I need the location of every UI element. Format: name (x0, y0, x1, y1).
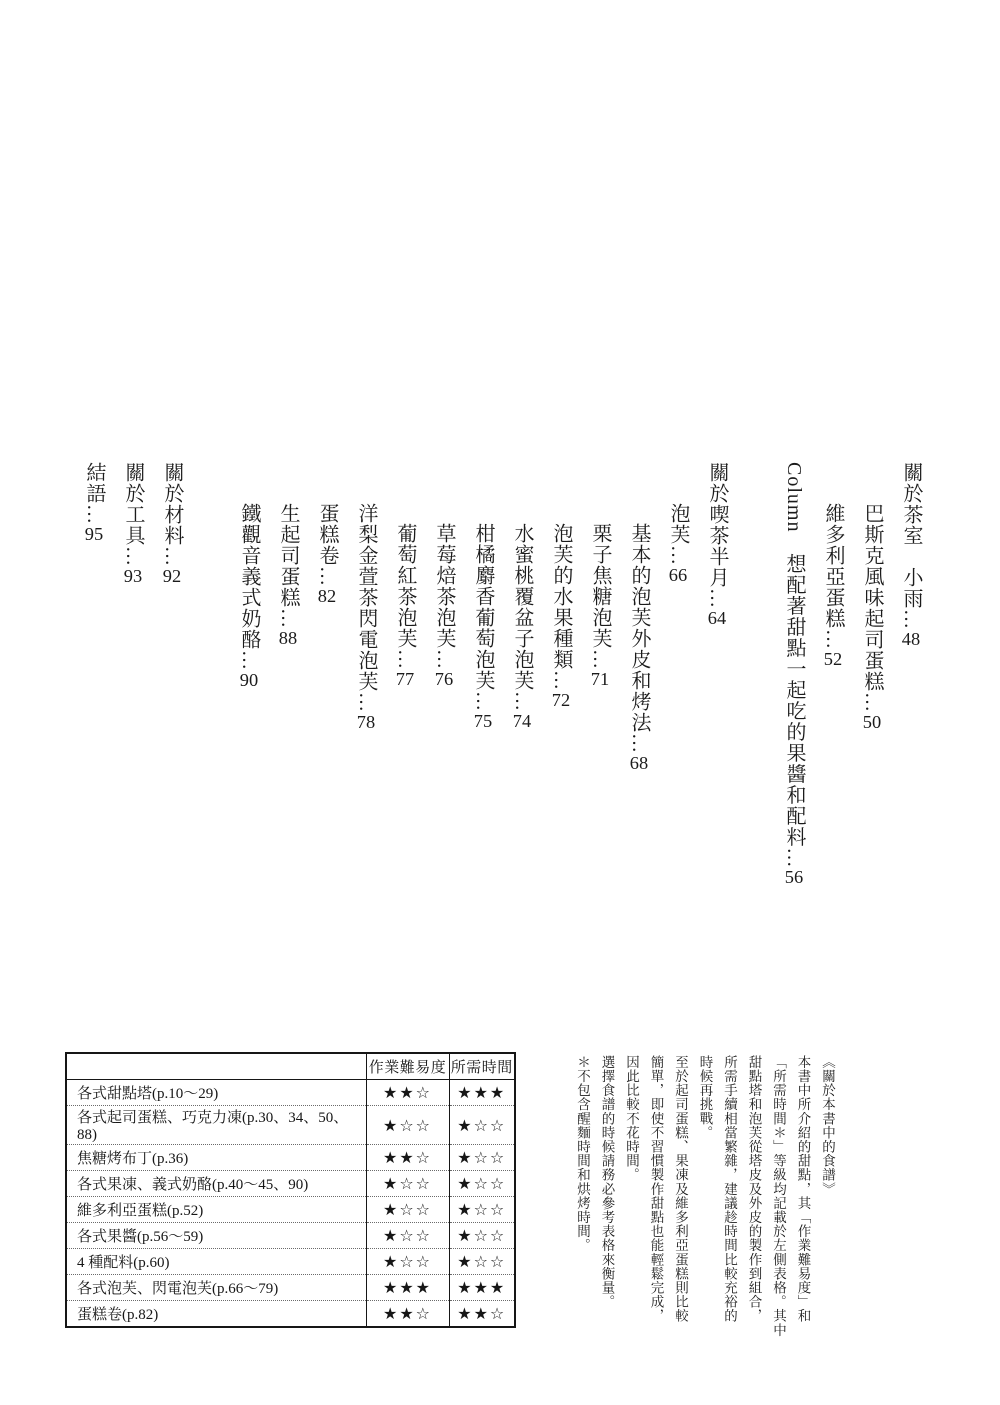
time-stars: ★☆☆ (449, 1197, 515, 1223)
difficulty-stars: ★★☆ (366, 1145, 449, 1171)
table-row: 各式果凍、義式奶酪(p.40～45、90)★☆☆★☆☆ (66, 1171, 515, 1197)
notes-line: 至於起司蛋糕、果凍及維多利亞蛋糕則比較 (674, 1055, 688, 1345)
recipe-label: 維多利亞蛋糕(p.52) (66, 1197, 366, 1223)
toc-entry: 泡芙…66 (667, 503, 688, 952)
toc-leader-dots: … (316, 566, 338, 587)
difficulty-stars: ★☆☆ (366, 1171, 449, 1197)
difficulty-stars: ★☆☆ (366, 1223, 449, 1249)
toc-leader-dots: … (589, 649, 611, 670)
toc-leader-dots: … (83, 504, 105, 525)
difficulty-stars: ★★☆ (366, 1301, 449, 1328)
time-stars: ★☆☆ (449, 1249, 515, 1275)
difficulty-stars: ★★★ (366, 1275, 449, 1301)
toc-entry: 結語…95 (83, 462, 104, 952)
toc-entry-title: 關於材料 (161, 462, 183, 546)
header-time: 所需時間 (449, 1053, 515, 1080)
toc-page-number: 92 (162, 567, 182, 585)
toc-page-number: 71 (590, 670, 610, 688)
toc-entry: Column 想配著甜點一起吃的果醬和配料…56 (783, 462, 804, 952)
book-contents-page: 關於茶室 小雨…48巴斯克風味起司蛋糕…50維多利亞蛋糕…52Column 想配… (0, 0, 1000, 1405)
toc-entry-title: 葡萄紅茶泡芙 (394, 523, 416, 649)
toc-entry: 鐵觀音義式奶酪…90 (238, 503, 259, 952)
notes-line: 時候再挑戰。 (698, 1055, 712, 1345)
difficulty-stars: ★☆☆ (366, 1106, 449, 1145)
toc-entry: 泡芙的水果種類…72 (550, 523, 571, 952)
toc-entry: 生起司蛋糕…88 (277, 503, 298, 952)
difficulty-table: 作業難易度 所需時間 各式甜點塔(p.10～29)★★☆★★★各式起司蛋糕、巧克… (65, 1052, 516, 1328)
toc-entry-title: 維多利亞蛋糕 (822, 503, 844, 629)
notes-line: 本書中所介紹的甜點，其「作業難易度」和 (796, 1055, 810, 1345)
toc-entry: 維多利亞蛋糕…52 (822, 503, 843, 952)
toc-entry-title: 水蜜桃覆盆子泡芙 (511, 523, 533, 691)
toc-leader-dots: … (238, 650, 260, 671)
toc-entry: 草莓焙茶泡芙…76 (433, 523, 454, 952)
toc-entry-title: 泡芙的水果種類 (550, 523, 572, 670)
difficulty-table-body: 各式甜點塔(p.10～29)★★☆★★★各式起司蛋糕、巧克力凍(p.30、34、… (66, 1080, 515, 1328)
toc-page-number: 93 (123, 567, 143, 585)
toc-page-number: 77 (395, 670, 415, 688)
toc-page-number: 68 (629, 754, 649, 772)
toc-leader-dots: … (900, 609, 922, 630)
toc-page-number: 48 (901, 630, 921, 648)
header-row: 作業難易度 所需時間 (66, 1053, 515, 1080)
notes-line: 甜點塔和泡芙從塔皮及外皮的製作到組合， (747, 1055, 761, 1345)
toc-page-number: 88 (278, 629, 298, 647)
difficulty-table-header: 作業難易度 所需時間 (66, 1053, 515, 1080)
toc-entry: 柑橘麝香葡萄泡芙…75 (472, 523, 493, 952)
toc-entry: 洋梨金萱茶閃電泡芙…78 (355, 503, 376, 952)
table-row: 4 種配料(p.60)★☆☆★☆☆ (66, 1249, 515, 1275)
toc-entry: 關於喫茶半月…64 (706, 462, 727, 952)
table-row: 焦糖烤布丁(p.36)★★☆★☆☆ (66, 1145, 515, 1171)
notes-title: 《關於本書中的食譜》 (821, 1055, 835, 1345)
toc-entry-title: 關於茶室 小雨 (900, 462, 922, 609)
toc-leader-dots: … (550, 670, 572, 691)
time-stars: ★★☆ (449, 1301, 515, 1328)
header-difficulty: 作業難易度 (366, 1053, 449, 1080)
notes-line: ＊不包含醒麵時間和烘烤時間。 (576, 1055, 590, 1345)
toc-entry-title: 洋梨金萱茶閃電泡芙 (355, 503, 377, 692)
toc-leader-dots: … (706, 588, 728, 609)
toc-entry: 關於材料…92 (161, 462, 182, 952)
table-row: 各式起司蛋糕、巧克力凍(p.30、34、50、88)★☆☆★☆☆ (66, 1106, 515, 1145)
toc-entry-title: 草莓焙茶泡芙 (433, 523, 455, 649)
recipe-label: 各式果醬(p.56～59) (66, 1223, 366, 1249)
toc-page-number: 66 (668, 566, 688, 584)
time-stars: ★☆☆ (449, 1171, 515, 1197)
toc-page-number: 78 (356, 713, 376, 731)
recipe-label: 各式果凍、義式奶酪(p.40～45、90) (66, 1171, 366, 1197)
notes-line: 選擇食譜的時候請務必參考表格來衡量。 (600, 1055, 614, 1345)
toc-entry-title: Column 想配著甜點一起吃的果醬和配料 (783, 462, 805, 847)
notes-line: 簡單，即使不習慣製作甜點也能輕鬆完成， (649, 1055, 663, 1345)
toc-leader-dots: … (472, 691, 494, 712)
notes-line: 所需手續相當繁雜，建議趁時間比較充裕的 (723, 1055, 737, 1345)
toc-page-number: 76 (434, 670, 454, 688)
toc-leader-dots: … (161, 546, 183, 567)
toc-page-number: 64 (707, 609, 727, 627)
table-row: 各式泡芙、閃電泡芙(p.66～79)★★★★★★ (66, 1275, 515, 1301)
time-stars: ★☆☆ (449, 1145, 515, 1171)
toc-leader-dots: … (433, 649, 455, 670)
table-row: 維多利亞蛋糕(p.52)★☆☆★☆☆ (66, 1197, 515, 1223)
toc-entry: 栗子焦糖泡芙…71 (589, 523, 610, 952)
toc-entry: 關於工具…93 (122, 462, 143, 952)
recipe-label: 各式起司蛋糕、巧克力凍(p.30、34、50、88) (66, 1106, 366, 1145)
toc-entry-title: 關於工具 (122, 462, 144, 546)
toc-leader-dots: … (511, 691, 533, 712)
toc-leader-dots: … (783, 847, 805, 868)
toc-leader-dots: … (277, 608, 299, 629)
toc-leader-dots: … (822, 629, 844, 650)
toc-leader-dots: … (861, 692, 883, 713)
toc-page-number: 90 (239, 671, 259, 689)
toc-page-number: 75 (473, 712, 493, 730)
recipe-label: 各式泡芙、閃電泡芙(p.66～79) (66, 1275, 366, 1301)
toc-leader-dots: … (628, 733, 650, 754)
time-stars: ★☆☆ (449, 1223, 515, 1249)
toc-entry-title: 蛋糕卷 (316, 503, 338, 566)
time-stars: ★★★ (449, 1275, 515, 1301)
notes-line: 因此比較不花時間。 (625, 1055, 639, 1345)
toc-entry: 基本的泡芙外皮和烤法…68 (628, 523, 649, 952)
toc-page-number: 74 (512, 712, 532, 730)
toc-entry-title: 栗子焦糖泡芙 (589, 523, 611, 649)
recipe-label: 各式甜點塔(p.10～29) (66, 1080, 366, 1106)
table-row: 蛋糕卷(p.82)★★☆★★☆ (66, 1301, 515, 1328)
notes-line: 「所需時間＊」等級均記載於左側表格。其中 (772, 1055, 786, 1345)
toc-entry-title: 柑橘麝香葡萄泡芙 (472, 523, 494, 691)
toc-entry: 蛋糕卷…82 (316, 503, 337, 952)
time-stars: ★☆☆ (449, 1106, 515, 1145)
difficulty-stars: ★☆☆ (366, 1249, 449, 1275)
time-stars: ★★★ (449, 1080, 515, 1106)
toc-leader-dots: … (355, 692, 377, 713)
toc-entry-title: 關於喫茶半月 (706, 462, 728, 588)
toc-entry-title: 鐵觀音義式奶酪 (238, 503, 260, 650)
toc-entry: 葡萄紅茶泡芙…77 (394, 523, 415, 952)
table-of-contents: 關於茶室 小雨…48巴斯克風味起司蛋糕…50維多利亞蛋糕…52Column 想配… (83, 462, 921, 952)
difficulty-stars: ★☆☆ (366, 1197, 449, 1223)
toc-page-number: 50 (862, 713, 882, 731)
toc-entry: 關於茶室 小雨…48 (900, 462, 921, 952)
toc-entry: 巴斯克風味起司蛋糕…50 (861, 503, 882, 952)
recipe-label: 蛋糕卷(p.82) (66, 1301, 366, 1328)
toc-leader-dots: … (667, 545, 689, 566)
toc-page-number: 95 (84, 525, 104, 543)
recipe-label: 焦糖烤布丁(p.36) (66, 1145, 366, 1171)
toc-entry: 水蜜桃覆盆子泡芙…74 (511, 523, 532, 952)
toc-entry-title: 結語 (83, 462, 105, 504)
toc-page-number: 52 (823, 650, 843, 668)
header-blank-cell (66, 1053, 366, 1080)
difficulty-stars: ★★☆ (366, 1080, 449, 1106)
toc-entry-title: 生起司蛋糕 (277, 503, 299, 608)
table-row: 各式果醬(p.56～59)★☆☆★☆☆ (66, 1223, 515, 1249)
toc-entry-title: 基本的泡芙外皮和烤法 (628, 523, 650, 733)
table-row: 各式甜點塔(p.10～29)★★☆★★★ (66, 1080, 515, 1106)
toc-leader-dots: … (122, 546, 144, 567)
toc-page-number: 56 (784, 868, 804, 886)
toc-leader-dots: … (394, 649, 416, 670)
toc-entry-title: 泡芙 (667, 503, 689, 545)
toc-entry-title: 巴斯克風味起司蛋糕 (861, 503, 883, 692)
toc-page-number: 72 (551, 691, 571, 709)
toc-page-number: 82 (317, 587, 337, 605)
recipe-label: 4 種配料(p.60) (66, 1249, 366, 1275)
recipe-notes: 《關於本書中的食譜》本書中所介紹的甜點，其「作業難易度」和「所需時間＊」等級均記… (576, 1055, 835, 1345)
